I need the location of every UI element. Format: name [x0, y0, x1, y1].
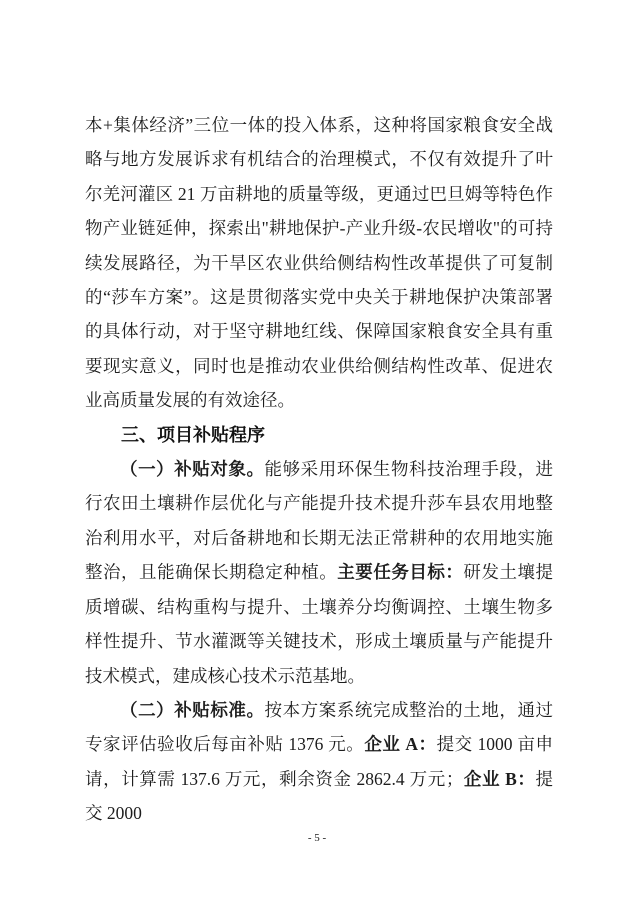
- paragraph-governance-model-continuation: 本+集体经济”三位一体的投入体系，这种将国家粮食安全战略与地方发展诉求有机结合的…: [85, 108, 553, 418]
- document-body: 本+集体经济”三位一体的投入体系，这种将国家粮食安全战略与地方发展诉求有机结合的…: [85, 108, 553, 831]
- enterprise-a-label: 企业 A：: [364, 734, 436, 754]
- page-number: - 5 -: [0, 832, 634, 844]
- paragraph-subsidy-standard: （二）补贴标准。按本方案系统完成整治的土地，通过专家评估验收后每亩补贴 1376…: [85, 693, 553, 831]
- subsidy-standard-label: （二）补贴标准。: [120, 700, 265, 720]
- document-page: 本+集体经济”三位一体的投入体系，这种将国家粮食安全战略与地方发展诉求有机结合的…: [0, 0, 634, 898]
- subsidy-target-label: （一）补贴对象。: [120, 459, 265, 479]
- section-heading-subsidy-procedure: 三、项目补贴程序: [85, 418, 553, 452]
- paragraph-subsidy-target: （一）补贴对象。能够采用环保生物科技治理手段，进行农田土壤耕作层优化与产能提升技…: [85, 452, 553, 693]
- enterprise-b-label: 企业 B：: [463, 769, 535, 789]
- main-task-goal-label: 主要任务目标：: [337, 562, 463, 582]
